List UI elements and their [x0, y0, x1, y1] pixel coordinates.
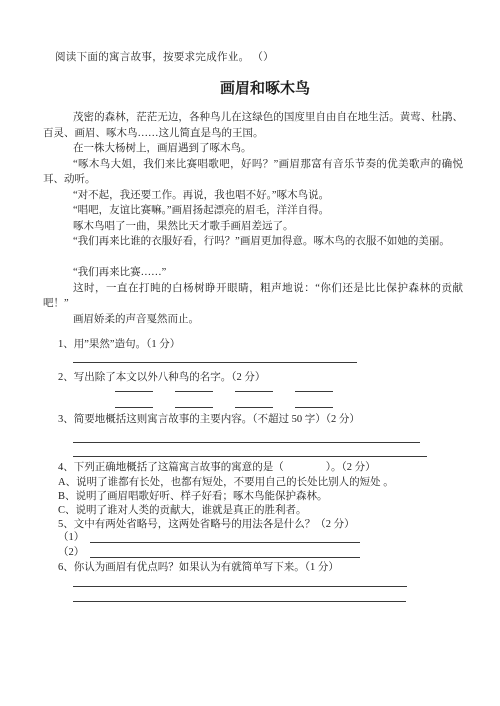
question-4-option-a: A、说明了谁都有长处，也都有短处，不要用自己的长处比别人的短处 。 — [58, 476, 394, 490]
story-paragraph: 画眉娇柔的声音戛然而止。 — [43, 312, 463, 328]
answer-line-q6-2 — [73, 601, 406, 602]
answer-line-q5-1 — [90, 542, 360, 543]
question-2-label: 2、写出除了本文以外八种鸟的名字。（2 分） — [58, 371, 265, 385]
answer-blanks-row-2 — [115, 407, 333, 408]
story-paragraph: “我们再来比赛……” — [43, 265, 463, 281]
answer-blank — [175, 407, 213, 408]
instruction-text: 阅读下面的寓言故事，按要求完成作业。 （） — [55, 51, 274, 65]
question-5-label: 5、文中有两处省略号，这两处省略号的用法各是什么？（2 分） — [58, 518, 355, 532]
answer-blank — [175, 391, 213, 392]
answer-line-q5-2 — [90, 557, 360, 558]
answer-line-q3-1 — [73, 442, 420, 443]
question-1-label: 1、用”果然”造句。（1 分） — [58, 338, 180, 352]
question-4-option-c: C、说明了谁对人类的贡献大，谁就是真正的胜利者。 — [58, 504, 307, 518]
page-title: 画眉和啄木鸟 — [0, 80, 500, 98]
answer-blank — [235, 407, 273, 408]
story-paragraph: “我们再来比谁的衣服好看，行吗？”画眉更加得意。啄木鸟的衣服不如她的美丽。 — [43, 234, 463, 250]
worksheet-page: 阅读下面的寓言故事，按要求完成作业。 （） 画眉和啄木鸟 茂密的森林，茫茫无边，… — [0, 0, 500, 706]
story-paragraph: 这时，一直在打盹的白杨树睁开眼睛，粗声地说：“你们还是比比保护森林的贡献吧！” — [43, 281, 463, 312]
answer-blank — [235, 391, 273, 392]
story-paragraph: “唱吧，友谊比赛嘛。”画眉扬起漂亮的眉毛，洋洋自得。 — [43, 203, 463, 219]
answer-blanks-row-1 — [115, 391, 333, 392]
question-6-label: 6、你认为画眉有优点吗？如果认为有就简单写下来。（1 分） — [58, 561, 339, 575]
answer-line-q3-2 — [73, 456, 427, 457]
story-paragraph: “啄木鸟大姐，我们来比赛唱歌吧，好吗？”画眉那富有音乐节奏的优美歌声的确悦耳、动… — [43, 157, 463, 188]
story-body: 茂密的森林，茫茫无边，各种鸟儿在这绿色的国度里自由自在地生活。黄莺、杜鹃、百灵、… — [43, 110, 463, 327]
story-paragraph: “对不起，我还要工作。再说，我也唱不好。”啄木鸟说。 — [43, 188, 463, 204]
story-paragraph: 在一株大杨树上，画眉遇到了啄木鸟。 — [43, 141, 463, 157]
question-3-label: 3、简要地概括这则寓言故事的主要内容。（不超过 50 字）（2 分） — [58, 413, 360, 427]
question-4-option-b: B、说明了画眉唱歌好听、样子好看；啄木鸟能保护森林。 — [58, 490, 328, 504]
story-paragraph: 啄木鸟唱了一曲，果然比天才歌手画眉差远了。 — [43, 219, 463, 235]
question-5-sub-1: （1） — [58, 531, 84, 545]
answer-blank — [295, 407, 333, 408]
answer-blank — [295, 391, 333, 392]
answer-line-q1 — [73, 362, 357, 363]
answer-line-q6-1 — [73, 586, 407, 587]
question-5-sub-2: （2） — [58, 546, 84, 560]
answer-blank — [115, 407, 153, 408]
question-4-label: 4、下列正确地概括了这篇寓言故事的寓意的是（ ）。（2 分） — [58, 461, 376, 475]
answer-blank — [115, 391, 153, 392]
story-paragraph: 茂密的森林，茫茫无边，各种鸟儿在这绿色的国度里自由自在地生活。黄莺、杜鹃、百灵、… — [43, 110, 463, 141]
